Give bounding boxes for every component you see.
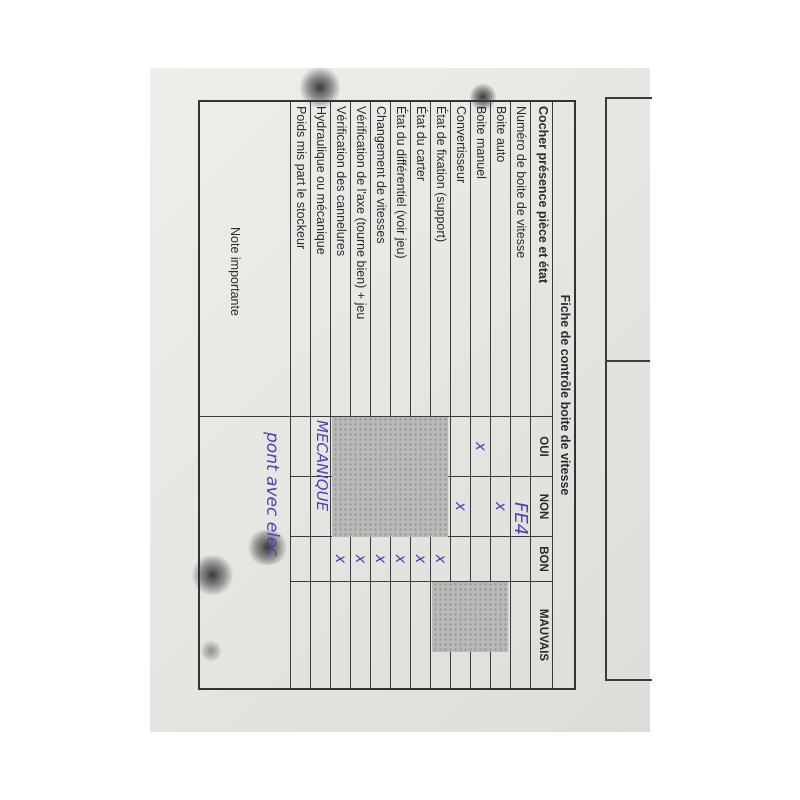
checkbox-cell-bon[interactable]	[471, 537, 490, 582]
checkbox-cell-mauvais[interactable]	[311, 582, 330, 688]
checkbox-cell-bon[interactable]	[311, 537, 330, 582]
table-row: Poids mis part le stockeur	[290, 102, 310, 688]
table-row: État du différentiel (voir jeu)x	[390, 102, 410, 688]
header-mauvais: MAUVAIS	[531, 582, 552, 688]
row-label: Vérification des cannelures	[331, 102, 350, 417]
title-row: Fiche de contrôle boite de vitesse	[552, 102, 574, 688]
check-mark: x	[332, 555, 350, 564]
row-label: Numéro de boite de vitesse	[511, 102, 530, 417]
handwritten-value: MECANIQUE	[313, 420, 331, 511]
checkbox-cell-mauvais[interactable]	[391, 582, 410, 688]
note-area: Note importante	[200, 102, 290, 417]
check-mark: x	[392, 555, 410, 564]
check-mark: x	[372, 555, 390, 564]
header-label: Cocher présence pièce et état	[531, 102, 552, 417]
checkbox-cell-non[interactable]	[471, 477, 490, 537]
adjacent-form-divider	[605, 360, 650, 362]
checkbox-cell-mauvais[interactable]	[511, 582, 530, 688]
table-row: Vérification des canneluresx	[330, 102, 350, 688]
check-mark: x	[432, 555, 450, 564]
check-mark: x	[492, 502, 510, 511]
note-handwritten: pont avec elec	[262, 432, 282, 557]
check-mark: x	[472, 442, 490, 451]
handwritten-value: FE4	[510, 502, 531, 535]
checkbox-cell-oui[interactable]	[511, 417, 530, 477]
check-mark: x	[412, 555, 430, 564]
table-row: Changement de vitessesx	[370, 102, 390, 688]
redacted-area	[432, 582, 508, 652]
adjacent-form-edge	[605, 97, 652, 681]
row-label: État du différentiel (voir jeu)	[391, 102, 410, 417]
checkbox-cell-mauvais[interactable]	[331, 582, 350, 688]
checkbox-cell-oui[interactable]	[291, 417, 310, 477]
header-oui: OUI	[531, 417, 552, 477]
row-label: Poids mis part le stockeur	[291, 102, 310, 417]
note-label: Note importante	[228, 227, 242, 316]
table-row: Numéro de boite de vitesse	[510, 102, 530, 688]
row-label: État de fixation (support)	[431, 102, 450, 417]
header-row: Cocher présence pièce et état OUI NON BO…	[530, 102, 552, 688]
table-row: Vérification de l'axe (tourne bien) + je…	[350, 102, 370, 688]
checkbox-cell-mauvais[interactable]	[351, 582, 370, 688]
checkbox-cell-bon[interactable]	[491, 537, 510, 582]
checkbox-cell-oui[interactable]	[451, 417, 470, 477]
checkbox-cell-bon[interactable]	[291, 537, 310, 582]
form-title: Fiche de contrôle boite de vitesse	[553, 102, 574, 688]
header-non: NON	[531, 477, 552, 537]
row-label: Boite manuel	[471, 102, 490, 417]
header-bon: BON	[531, 537, 552, 582]
checkbox-cell-mauvais[interactable]	[411, 582, 430, 688]
table-row: État du carterx	[410, 102, 430, 688]
checkbox-cell-non[interactable]	[291, 477, 310, 537]
checkbox-cell-oui[interactable]	[491, 417, 510, 477]
control-sheet: Fiche de contrôle boite de vitesse Coche…	[198, 100, 576, 690]
check-mark: x	[452, 502, 470, 511]
table-row: Hydraulique ou mécanique	[310, 102, 330, 688]
row-label: Boite auto	[491, 102, 510, 417]
row-label: Vérification de l'axe (tourne bien) + je…	[351, 102, 370, 417]
checkbox-cell-mauvais[interactable]	[291, 582, 310, 688]
redacted-area	[332, 417, 448, 537]
row-label: Changement de vitesses	[371, 102, 390, 417]
checkbox-cell-mauvais[interactable]	[371, 582, 390, 688]
row-label: État du carter	[411, 102, 430, 417]
row-label: Convertisseur	[451, 102, 470, 417]
checkbox-cell-bon[interactable]	[451, 537, 470, 582]
gearbox-control-form: Fiche de contrôle boite de vitesse Coche…	[198, 100, 576, 690]
row-label: Hydraulique ou mécanique	[311, 102, 330, 417]
check-mark: x	[352, 555, 370, 564]
checkbox-cell-bon[interactable]	[511, 537, 530, 582]
